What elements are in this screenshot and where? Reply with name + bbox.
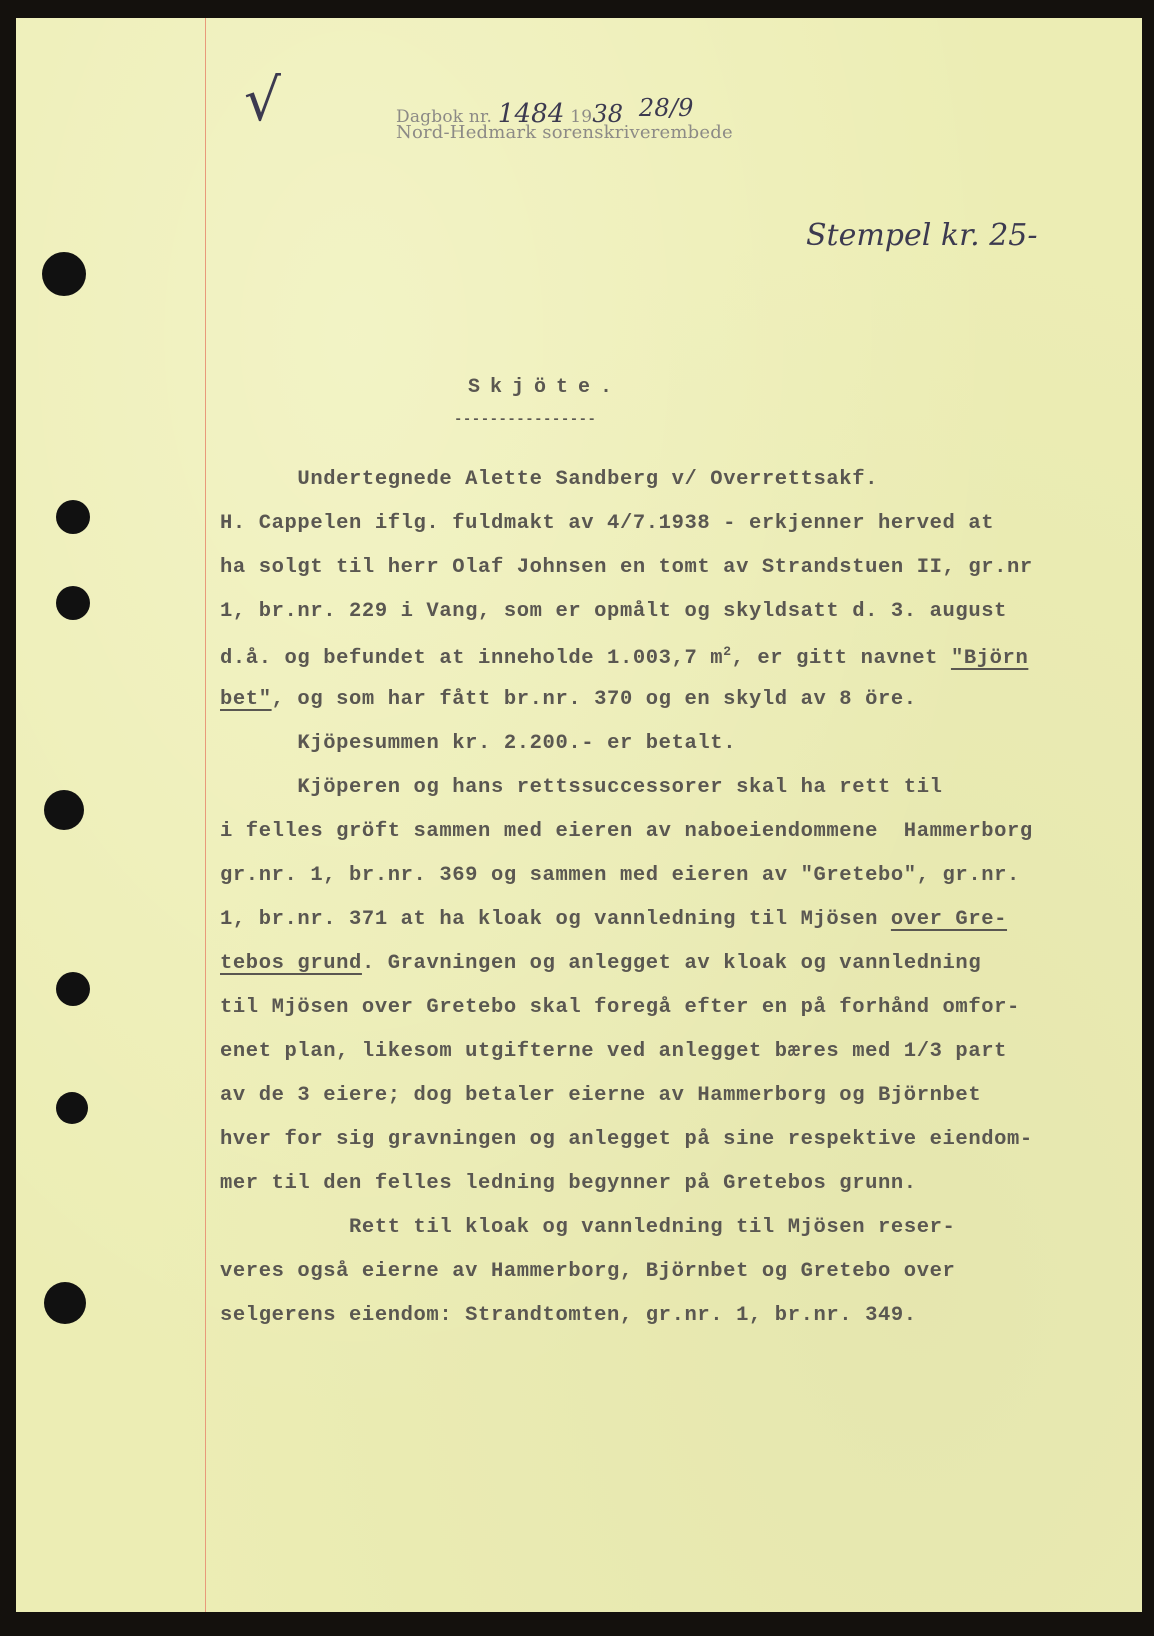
- body-line: d.å. og befundet at inneholde 1.003,7 m2…: [220, 644, 1154, 670]
- body-line: mer til den felles ledning begynner på G…: [220, 1172, 1154, 1195]
- underlined-name: bet": [220, 688, 272, 711]
- body-line: Kjöperen og hans rettssuccessorer skal h…: [220, 776, 1154, 799]
- punch-hole: [56, 1092, 88, 1124]
- margin-rule: [205, 18, 206, 1612]
- handwritten-date: 28/9: [639, 94, 694, 122]
- body-line: til Mjösen over Gretebo skal foregå efte…: [220, 996, 1154, 1019]
- body-line: selgerens eiendom: Strandtomten, gr.nr. …: [220, 1304, 1154, 1327]
- body-line: av de 3 eiere; dog betaler eierne av Ham…: [220, 1084, 1154, 1107]
- punch-hole: [56, 586, 90, 620]
- underlined-phrase: tebos grund: [220, 952, 362, 975]
- punch-hole: [56, 500, 90, 534]
- body-line: Kjöpesummen kr. 2.200.- er betalt.: [220, 732, 1154, 755]
- body-line: 1, br.nr. 371 at ha kloak og vannledning…: [220, 908, 1154, 931]
- body-line: Undertegnede Alette Sandberg v/ Overrett…: [220, 468, 1154, 491]
- body-line: 1, br.nr. 229 i Vang, som er opmålt og s…: [220, 600, 1154, 623]
- punch-hole: [44, 790, 84, 830]
- body-line: gr.nr. 1, br.nr. 369 og sammen med eiere…: [220, 864, 1154, 887]
- underlined-name: "Björn: [951, 647, 1028, 670]
- body-line: enet plan, likesom utgifterne ved anlegg…: [220, 1040, 1154, 1063]
- document-title: Skjöte.: [468, 376, 622, 399]
- body-line: H. Cappelen iflg. fuldmakt av 4/7.1938 -…: [220, 512, 1154, 535]
- body-line: tebos grund. Gravningen og anlegget av k…: [220, 952, 1154, 975]
- punch-hole: [42, 252, 86, 296]
- body-line: veres også eierne av Hammerborg, Björnbe…: [220, 1260, 1154, 1283]
- underlined-phrase: over Gre-: [891, 908, 1007, 931]
- body-line: Rett til kloak og vannledning til Mjösen…: [220, 1216, 1154, 1239]
- body-line: i felles gröft sammen med eieren av nabo…: [220, 820, 1154, 843]
- body-line: hver for sig gravningen og anlegget på s…: [220, 1128, 1154, 1151]
- document-page: √ Dagbok nr. 1484 1938 28/9 Nord-Hedmark…: [16, 18, 1142, 1612]
- office-stamp: Nord-Hedmark sorenskriverembede: [396, 122, 733, 143]
- body-line: ha solgt til herr Olaf Johnsen en tomt a…: [220, 556, 1154, 579]
- title-underline: ----------------: [454, 412, 596, 428]
- body-line: bet", og som har fått br.nr. 370 og en s…: [220, 688, 1154, 711]
- checkmark-icon: √: [244, 66, 281, 134]
- punch-hole: [44, 1282, 86, 1324]
- stamp-fee-annotation: Stempel kr. 25-: [806, 218, 1038, 253]
- punch-hole: [56, 972, 90, 1006]
